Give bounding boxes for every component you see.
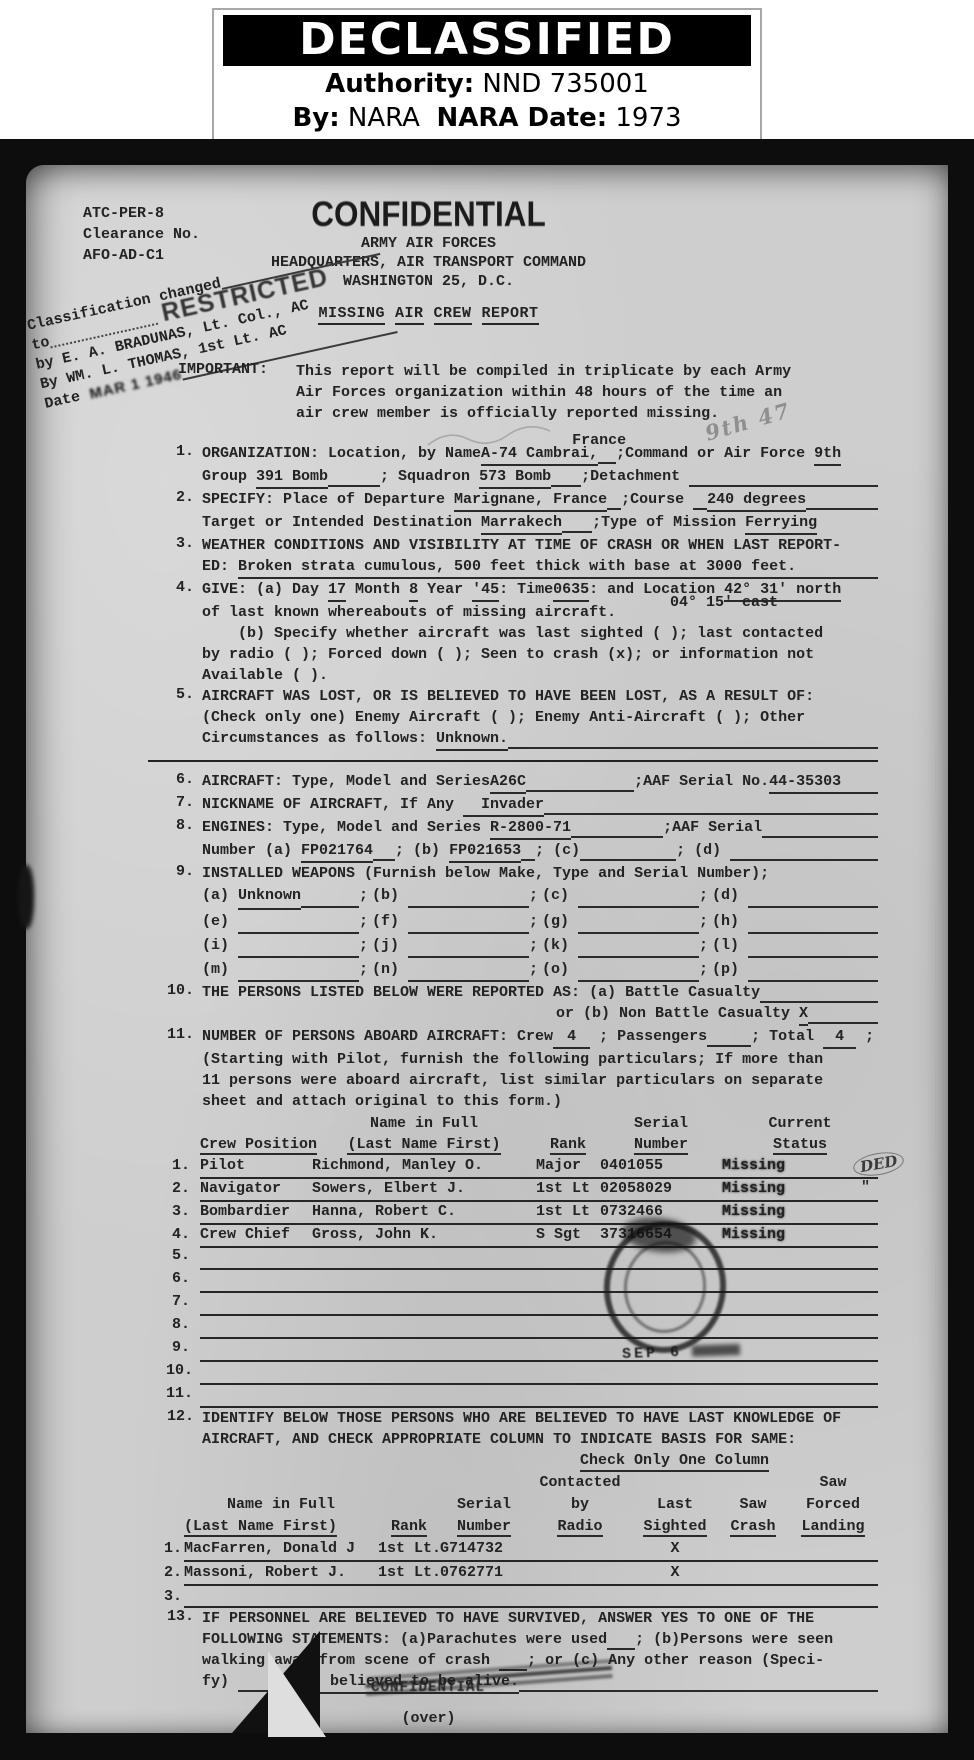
blank-line [238, 958, 359, 982]
crew-position: Crew Chief [200, 1224, 312, 1248]
item-number: 7. [166, 794, 202, 817]
witness-header-row-2: Name in Full Serial by Last Saw Forced [158, 1494, 878, 1516]
item-8: 8. ENGINES: Type, Model and Series R-280… [166, 817, 878, 863]
weapon-entry: (j) ; [372, 934, 538, 958]
label: ;Type of Mission [592, 512, 745, 535]
col-header-rank: Rank [536, 1134, 600, 1155]
witness-last-sighted-mark: X [632, 1562, 718, 1586]
separator: ; [529, 958, 538, 982]
weapon-entry: (o) ; [542, 958, 708, 982]
blank-crew-row: 9. [166, 1339, 878, 1362]
witness-rank: 1st Lt. [378, 1562, 440, 1586]
by-label: By: [292, 103, 339, 133]
blank-line [200, 1247, 878, 1270]
item-number: 8. [166, 817, 202, 863]
item-number: 12. [166, 1408, 202, 1450]
field-day: 17 [328, 579, 346, 602]
label: ; Total [751, 1026, 823, 1049]
blank-line [580, 840, 676, 861]
col-header-text: Sighted [643, 1518, 706, 1537]
weapon-entry: (e) ; [202, 910, 368, 934]
cell-forced-landing [788, 1538, 878, 1562]
witness-header-row-3: (Last Name First) Rank Number Radio Sigh… [158, 1516, 878, 1538]
col-header-number: Number [440, 1516, 528, 1538]
blank-line [238, 934, 359, 958]
item-number: 5. [166, 686, 202, 751]
field-course: 240 degrees [707, 489, 806, 512]
authority-value: NND 735001 [482, 69, 648, 99]
nara-date-label: NARA Date: [436, 103, 607, 133]
witness-table: Contacted Saw Name in Full Serial by Las… [158, 1472, 878, 1608]
row-number: 6. [166, 1270, 200, 1293]
form-items: 1. ORGANIZATION: Location, by NameA-74 C… [166, 443, 878, 1694]
item-number: 3. [166, 535, 202, 579]
col-header-text: Number [634, 1136, 688, 1155]
important-line: Air Forces organization within 48 hours … [296, 382, 791, 403]
spacer [158, 1472, 184, 1494]
cell-forced-landing [788, 1562, 878, 1586]
item-body: THE PERSONS LISTED BELOW WERE REPORTED A… [202, 982, 878, 1026]
col-header-sighted: Sighted [632, 1516, 718, 1538]
weapon-slot-label: (h) [712, 910, 748, 934]
col-header-name1: Name in Full [184, 1494, 378, 1516]
blank-line [748, 884, 878, 908]
spacer [632, 1472, 718, 1494]
label: ;AAF Serial No. [634, 771, 769, 794]
blank-line [200, 1362, 878, 1385]
item-4: 4. GIVE: (a) Day 17 Month 8 Year '45: Ti… [166, 579, 878, 686]
line: Target or Intended Destination Marrakech… [202, 512, 878, 535]
field-engine-b: FP021653 [449, 840, 521, 863]
label: ENGINES: Type, Model and Series [202, 817, 490, 840]
label: Group [202, 466, 256, 489]
field-group: 391 Bomb [256, 466, 328, 489]
weapon-slot-label: (o) [542, 958, 578, 982]
crew-position: Navigator [200, 1178, 312, 1202]
line: (Starting with Pilot, furnish the follow… [202, 1049, 878, 1070]
separator: ; [699, 910, 708, 934]
title-word: AIR [395, 305, 424, 325]
blank-line [238, 910, 359, 934]
important-note: IMPORTANT: This report will be compiled … [178, 361, 791, 424]
check-only-one-note: Check Only One Column [580, 1450, 878, 1472]
blank-line [693, 489, 707, 510]
blank-line [762, 817, 878, 838]
item-number: 11. [166, 1026, 202, 1112]
col-header-saw2: Saw [718, 1494, 788, 1516]
label: ; (d) [676, 840, 730, 863]
weapon-entry: (c) ; [542, 884, 708, 910]
label: GIVE: (a) Day [202, 579, 328, 602]
item-body: AIRCRAFT WAS LOST, OR IS BELIEVED TO HAV… [202, 686, 878, 751]
line: NUMBER OF PERSONS ABOARD AIRCRAFT: Crew4… [202, 1026, 878, 1049]
weapon-slot-label: (g) [542, 910, 578, 934]
crew-name: Sowers, Elbert J. [312, 1178, 536, 1202]
item-body: WEATHER CONDITIONS AND VISIBILITY AT TIM… [202, 535, 878, 579]
witness-serial: G714732 [440, 1538, 528, 1562]
row-number: 9. [166, 1339, 200, 1362]
field-location-east: 04° 15' east [670, 594, 778, 611]
crew-blank-rows: 5. 6. 7. 8. 9. 10. 11. [166, 1247, 878, 1408]
blank-line [200, 1385, 878, 1408]
blank-line [578, 958, 699, 982]
field-year: '45 [472, 579, 499, 602]
weapon-entry: (l) ; [712, 934, 878, 958]
col-header-text: (Last Name First) [347, 1136, 500, 1155]
field-month: 8 [409, 579, 418, 602]
row-number: 3. [166, 1201, 200, 1225]
label: ;Course [621, 489, 693, 512]
item-12: 12. IDENTIFY BELOW THOSE PERSONS WHO ARE… [166, 1408, 878, 1450]
crew-status: Missing [722, 1201, 878, 1225]
col-header-contacted: Contacted [528, 1472, 632, 1494]
label: or (b) Non Battle Casualty [556, 1003, 799, 1026]
blank-line [408, 958, 529, 982]
item-9: 9. INSTALLED WEAPONS (Furnish below Make… [166, 863, 878, 982]
col-header-text: Crash [730, 1518, 775, 1537]
col-header-rank: Rank [378, 1516, 440, 1538]
weapon-slot-label: (m) [202, 958, 238, 982]
weapon-value: Unknown [238, 884, 301, 910]
line: (b) Specify whether aircraft was last si… [202, 623, 878, 644]
weapon-entry: (p) ; [712, 958, 878, 982]
label: : Time [499, 579, 553, 602]
row-number: 4. [166, 1224, 200, 1248]
label: NUMBER OF PERSONS ABOARD AIRCRAFT: Crew [202, 1026, 553, 1049]
authority-line: Authority: NND 735001 [223, 69, 751, 100]
item-number: 9. [166, 863, 202, 982]
row-number: 2. [158, 1562, 184, 1586]
crew-name: Hanna, Robert C. [312, 1201, 536, 1225]
witness-name [184, 1586, 378, 1608]
crew-row: 2. Navigator Sowers, Elbert J. 1st Lt 02… [166, 1178, 878, 1201]
col-header-landing: Landing [788, 1516, 878, 1538]
row-number: 5. [166, 1247, 200, 1270]
crew-row: 4. Crew Chief Gross, John K. S Sgt 37316… [166, 1224, 878, 1247]
item-body: IDENTIFY BELOW THOSE PERSONS WHO ARE BEL… [202, 1408, 878, 1450]
col-header-status: Status [722, 1134, 878, 1155]
scanned-document: ATC-PER-8Clearance No.AFO-AD-C1 CONFIDEN… [0, 139, 974, 1760]
item-body: AIRCRAFT: Type, Model and SeriesA26C;AAF… [202, 771, 878, 794]
line: ED: Broken strata cumulous, 500 feet thi… [202, 556, 878, 579]
blank-line [508, 728, 878, 749]
weapon-slot-label: (f) [372, 910, 408, 934]
field-circumstances: Unknown. [436, 728, 508, 751]
blank-line [521, 840, 535, 861]
row-number: 1. [166, 1155, 200, 1179]
crew-rank: S Sgt [536, 1224, 600, 1248]
spacer [718, 1472, 788, 1494]
col-header-by: by [528, 1494, 632, 1516]
separator: ; [359, 958, 368, 982]
spacer [536, 1113, 600, 1134]
blank-crew-row: 8. [166, 1316, 878, 1339]
item-number: 1. [166, 443, 202, 489]
col-header-forced: Forced [788, 1494, 878, 1516]
label: Year [418, 579, 472, 602]
col-header-radio: Radio [528, 1516, 632, 1538]
col-header-crash: Crash [718, 1516, 788, 1538]
spacer [440, 1472, 528, 1494]
crew-position: Bombardier [200, 1201, 312, 1225]
row-number: 11. [166, 1385, 200, 1408]
blank-line [730, 840, 878, 861]
blank-line [707, 1026, 751, 1047]
col-header-number: Number [600, 1134, 722, 1155]
crew-rank: 1st Lt [536, 1178, 600, 1202]
crew-serial: 02058029 [600, 1178, 722, 1202]
line: Group 391 Bomb; Squadron 573 Bomb;Detach… [202, 466, 878, 489]
separator: ; [529, 910, 538, 934]
field-squadron: 573 Bomb [479, 466, 551, 489]
line: AIRCRAFT: Type, Model and SeriesA26C;AAF… [202, 771, 878, 794]
document-page: ATC-PER-8Clearance No.AFO-AD-C1 CONFIDEN… [26, 165, 948, 1733]
org-line: HEADQUARTERS, AIR TRANSPORT COMMAND [146, 253, 711, 272]
strikeout-scribble [366, 1666, 613, 1688]
nara-date-value: 1973 [615, 103, 681, 133]
item-1: 1. ORGANIZATION: Location, by NameA-74 C… [166, 443, 878, 489]
cell-forced-landing [788, 1586, 878, 1608]
crew-header-row-1: Name in Full Serial Current [166, 1113, 878, 1134]
check-note-text: Check Only One Column [580, 1452, 769, 1472]
confidential-stamp-bottom: CONFIDENTIAL [371, 1663, 485, 1699]
blank-crew-row: 7. [166, 1293, 878, 1316]
crew-row: 1. Pilot Richmond, Manley O. Major 04010… [166, 1155, 878, 1178]
line: AIRCRAFT WAS LOST, OR IS BELIEVED TO HAV… [202, 686, 878, 707]
weapon-slot-label: (c) [542, 884, 578, 910]
confidential-stamp-top: CONFIDENTIAL [174, 197, 683, 234]
blank-line [526, 771, 634, 792]
row-number: 2. [166, 1178, 200, 1202]
field-aaf-serial: 44-35303 [769, 771, 878, 794]
col-header-saw: Saw [788, 1472, 878, 1494]
item-body: SPECIFY: Place of Departure Marignane, F… [202, 489, 878, 535]
important-line: This report will be compiled in triplica… [296, 361, 791, 382]
item-body: ORGANIZATION: Location, by NameA-74 Camb… [202, 443, 878, 489]
blank-line [200, 1339, 878, 1362]
torn-corner-paper [268, 1651, 326, 1737]
line: IDENTIFY BELOW THOSE PERSONS WHO ARE BEL… [202, 1408, 878, 1429]
crew-position: Pilot [200, 1155, 312, 1179]
separator: ; [529, 884, 538, 910]
separator: ; [529, 934, 538, 958]
label: Target or Intended Destination [202, 512, 481, 535]
item-body: ENGINES: Type, Model and Series R-2800-7… [202, 817, 878, 863]
crew-rank: Major [536, 1155, 600, 1179]
blank-crew-row: 6. [166, 1270, 878, 1293]
weapon-slot-label: (d) [712, 884, 748, 910]
blank-line [607, 489, 621, 510]
scan-blotch [18, 865, 34, 929]
important-label: IMPORTANT: [178, 361, 296, 424]
crew-table: Name in Full Serial Current Crew Positio… [166, 1113, 878, 1408]
separator: ; [699, 884, 708, 910]
by-line: By: NARA NARA Date: 1973 [223, 103, 751, 134]
line: sheet and attach original to this form.) [202, 1091, 878, 1112]
field-nickname: Invader [463, 794, 544, 817]
col-header-text: Status [773, 1136, 827, 1155]
line: ENGINES: Type, Model and Series R-2800-7… [202, 817, 878, 840]
blank-line [551, 466, 581, 487]
label: ; (b) [395, 840, 449, 863]
crew-header-row-2: Crew Position (Last Name First) Rank Num… [166, 1134, 878, 1155]
crew-rank: 1st Lt [536, 1201, 600, 1225]
line: (Check only one) Enemy Aircraft ( ); Ene… [202, 707, 878, 728]
line: Available ( ). [202, 665, 878, 686]
col-header-text: Landing [801, 1518, 864, 1537]
org-line: ARMY AIR FORCES [146, 234, 711, 253]
weapon-slot-label: (p) [712, 958, 748, 982]
line: Number (a) FP021764; (b) FP021653; (c); … [202, 840, 878, 863]
witness-row: 1. MacFarren, Donald J 1st Lt. G714732 X [158, 1538, 878, 1562]
col-header-serial1: Serial [440, 1494, 528, 1516]
label: ; [856, 1026, 874, 1049]
inserted-text: France [572, 430, 626, 451]
line: NICKNAME OF AIRCRAFT, If Any Invader [202, 794, 878, 817]
witness-name: Massoni, Robert J. [184, 1562, 378, 1586]
declassified-title: DECLASSIFIED [223, 15, 751, 66]
blank-line [328, 466, 380, 487]
line: THE PERSONS LISTED BELOW WERE REPORTED A… [202, 982, 878, 1003]
witness-rank [378, 1586, 440, 1608]
separator: ; [359, 884, 368, 910]
spacer [166, 1113, 200, 1134]
item-body: INSTALLED WEAPONS (Furnish below Make, T… [202, 863, 878, 982]
line: INSTALLED WEAPONS (Furnish below Make, T… [202, 863, 878, 884]
weapon-entry: (g) ; [542, 910, 708, 934]
field-time: 0635 [553, 579, 589, 602]
field-air-force: 9th [814, 443, 841, 466]
item-7: 7. NICKNAME OF AIRCRAFT, If Any Invader [166, 794, 878, 817]
item-body: GIVE: (a) Day 17 Month 8 Year '45: Time0… [202, 579, 878, 686]
blank-line [200, 1270, 878, 1293]
weapon-entry: (b) ; [372, 884, 538, 910]
col-header-status-top: Current [722, 1113, 878, 1134]
crew-status: Missing [722, 1224, 878, 1248]
blank-line [200, 1316, 878, 1339]
blank-line [200, 1293, 878, 1316]
blank-line [806, 489, 878, 510]
crew-serial: 0401055 [600, 1155, 722, 1179]
witness-last-sighted-mark: X [632, 1538, 718, 1562]
field-mission: Ferrying [745, 512, 817, 535]
weapon-entry: (d) ; [712, 884, 878, 910]
cell-radio [528, 1562, 632, 1586]
field-non-battle-casualty: X [799, 1003, 808, 1026]
spacer [158, 1516, 184, 1538]
by-value: NARA [348, 103, 420, 133]
cell-radio [528, 1538, 632, 1562]
witness-serial [440, 1586, 528, 1608]
row-number: 3. [158, 1586, 184, 1608]
blank-crew-row: 5. [166, 1247, 878, 1270]
cell-saw-crash [718, 1586, 788, 1608]
weapon-slot-label: (a) [202, 884, 238, 910]
label: ; Squadron [380, 466, 479, 489]
crew-status: Missing [722, 1178, 878, 1202]
blank-line [544, 794, 878, 815]
label: Number (a) [202, 840, 301, 863]
label: SPECIFY: Place of Departure [202, 489, 454, 512]
col-header-text: Crew Position [200, 1136, 317, 1155]
line: 11 persons were aboard aircraft, list si… [202, 1070, 878, 1091]
witness-header-row-1: Contacted Saw [158, 1472, 878, 1494]
field-location: A-74 Cambrai,France [481, 443, 598, 466]
separator: ; [359, 934, 368, 958]
item-number: 4. [166, 579, 202, 686]
witness-row: 3. [158, 1586, 878, 1608]
cell-radio [528, 1586, 632, 1608]
item-6: 6. AIRCRAFT: Type, Model and SeriesA26C;… [166, 771, 878, 794]
weapon-entry: (f) ; [372, 910, 538, 934]
item-5: 5. AIRCRAFT WAS LOST, OR IS BELIEVED TO … [166, 686, 878, 751]
section-divider [148, 760, 878, 762]
label: ORGANIZATION: Location, by Name [202, 443, 481, 466]
row-number: 7. [166, 1293, 200, 1316]
weapon-slot-label: (e) [202, 910, 238, 934]
item-11: 11. NUMBER OF PERSONS ABOARD AIRCRAFT: C… [166, 1026, 878, 1112]
crew-rows: 1. Pilot Richmond, Manley O. Major 04010… [166, 1155, 878, 1247]
item-body: NICKNAME OF AIRCRAFT, If Any Invader [202, 794, 878, 817]
ditto-mark: " [861, 1179, 870, 1196]
important-text: This report will be compiled in triplica… [296, 361, 791, 424]
field-aircraft-type: A26C [490, 771, 526, 794]
blank-line [408, 884, 529, 908]
blank-line [408, 934, 529, 958]
weapon-slot-label: (k) [542, 934, 578, 958]
item-number: 2. [166, 489, 202, 535]
spacer [184, 1472, 378, 1494]
col-header-text: (Last Name First) [184, 1518, 337, 1537]
field-destination: Marrakech [481, 512, 562, 535]
weapon-entry: (h) ; [712, 910, 878, 934]
label: ; Passengers [590, 1026, 707, 1049]
weapon-entry: (k) ; [542, 934, 708, 958]
declassified-banner: DECLASSIFIED Authority: NND 735001 By: N… [212, 8, 762, 143]
label: AIRCRAFT: Type, Model and Series [202, 771, 490, 794]
field-engine-a: FP021764 [301, 840, 373, 863]
blank-line [748, 958, 878, 982]
line: ORGANIZATION: Location, by NameA-74 Camb… [202, 443, 878, 466]
weapon-slot-label: (b) [372, 884, 408, 910]
line: AIRCRAFT, AND CHECK APPROPRIATE COLUMN T… [202, 1429, 878, 1450]
spacer [378, 1494, 440, 1516]
field-total-count: 4 [823, 1026, 856, 1049]
label: ;AAF Serial [663, 817, 762, 840]
line: SPECIFY: Place of Departure Marignane, F… [202, 489, 878, 512]
blank-line [571, 817, 663, 838]
line: by radio ( ); Forced down ( ); Seen to c… [202, 644, 878, 665]
line: WEATHER CONDITIONS AND VISIBILITY AT TIM… [202, 535, 878, 556]
cell-saw-crash [718, 1538, 788, 1562]
blank-line [748, 934, 878, 958]
blank-line [689, 466, 878, 487]
weapons-grid: (a) Unknown; (b) ; (c) ; (d) ; (e) ; (f)… [202, 884, 878, 982]
col-header-last: Last [632, 1494, 718, 1516]
label: ;Detachment [581, 466, 689, 489]
witness-name: MacFarren, Donald J [184, 1538, 378, 1562]
blank-line [578, 910, 699, 934]
item-body: NUMBER OF PERSONS ABOARD AIRCRAFT: Crew4… [202, 1026, 878, 1112]
title-word: CREW [434, 305, 472, 325]
crew-name: Gross, John K. [312, 1224, 536, 1248]
blank-line [562, 512, 592, 533]
blank-line [760, 982, 878, 1003]
item-3: 3. WEATHER CONDITIONS AND VISIBILITY AT … [166, 535, 878, 579]
line: or (b) Non Battle Casualty X [556, 1003, 878, 1026]
line: IF PERSONNEL ARE BELIEVED TO HAVE SURVIV… [202, 1608, 878, 1629]
crew-name: Richmond, Manley O. [312, 1155, 536, 1179]
